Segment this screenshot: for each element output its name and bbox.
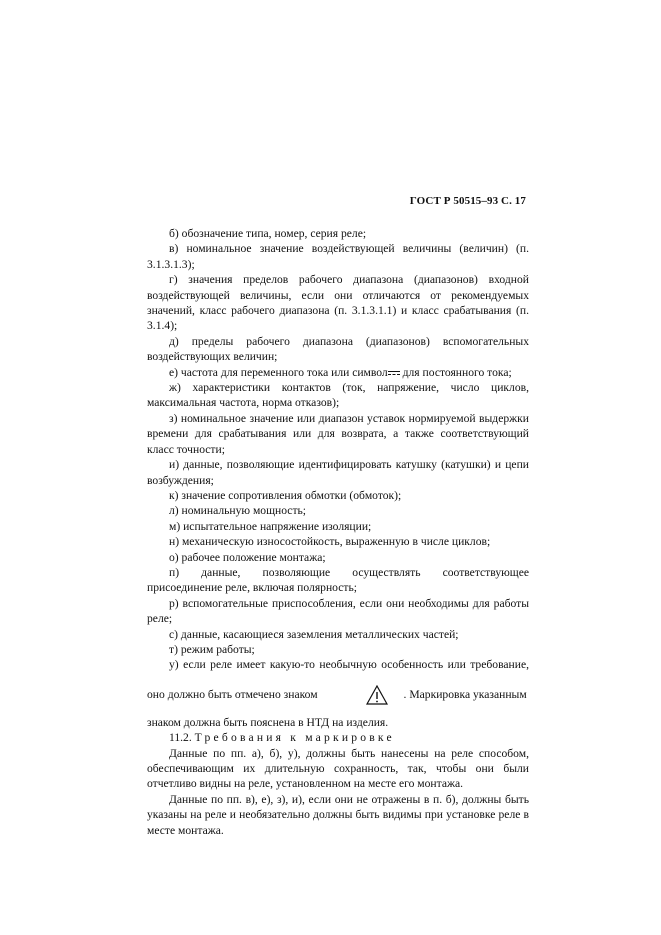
section-paragraph-2: Данные по пп. в), е), з), и), если они н… [147,792,529,838]
sign-line-after: . Маркировка указанным [404,687,529,702]
list-item-g: г) значения пределов рабочего диапазона … [147,272,529,334]
list-item-s: с) данные, касающиеся заземления металли… [147,627,529,642]
list-item-zh: ж) характеристики контактов (ток, напряж… [147,380,529,411]
section-number: 11.2. [169,731,192,744]
section-heading: 11.2. Требования к маркировке [147,730,529,745]
list-item-i: и) данные, позволяющие идентифицировать … [147,457,529,488]
document-body: б) обозначение типа, номер, серия реле; … [147,226,529,838]
page-header-doc-ref: ГОСТ Р 50515–93 С. 17 [410,195,526,207]
list-item-m: м) испытательное напряжение изоляции; [147,519,529,534]
list-item-t: т) режим работы; [147,642,529,657]
list-item-b: б) обозначение типа, номер, серия реле; [147,226,529,241]
list-item-z: з) номинальное значение или диапазон уст… [147,411,529,457]
section-title: Требования к маркировке [195,731,395,744]
list-item-d: д) пределы рабочего диапазона (диапазоно… [147,334,529,365]
list-item-n: н) механическую износостойкость, выражен… [147,534,529,549]
sign-line-before: оно должно быть отмечено знаком [147,687,318,702]
warning-triangle-icon [366,685,388,705]
list-item-o: о) рабочее положение монтажа; [147,550,529,565]
sign-continuation: знаком должна быть пояснена в НТД на изд… [147,715,529,730]
section-paragraph-1: Данные по пп. а), б), у), должны быть на… [147,746,529,792]
list-item-e: е) частота для переменного тока или симв… [147,365,529,380]
list-item-p: п) данные, позволяющие осуществлять соот… [147,565,529,596]
list-item-r: р) вспомогательные приспособления, если … [147,596,529,627]
dc-current-symbol-icon [388,369,400,377]
warning-sign-line: оно должно быть отмечено знаком . Маркир… [147,685,529,705]
list-item-y: у) если реле имеет какую-то необычную ос… [147,657,529,672]
list-item-v: в) номинальное значение воздействующей в… [147,241,529,272]
list-item-k: к) значение сопротивления обмотки (обмот… [147,488,529,503]
list-item-e-text-before: е) частота для переменного тока или симв… [169,366,388,379]
list-item-l: л) номинальную мощность; [147,503,529,518]
list-item-e-text-after: для постоянного тока; [400,366,512,379]
